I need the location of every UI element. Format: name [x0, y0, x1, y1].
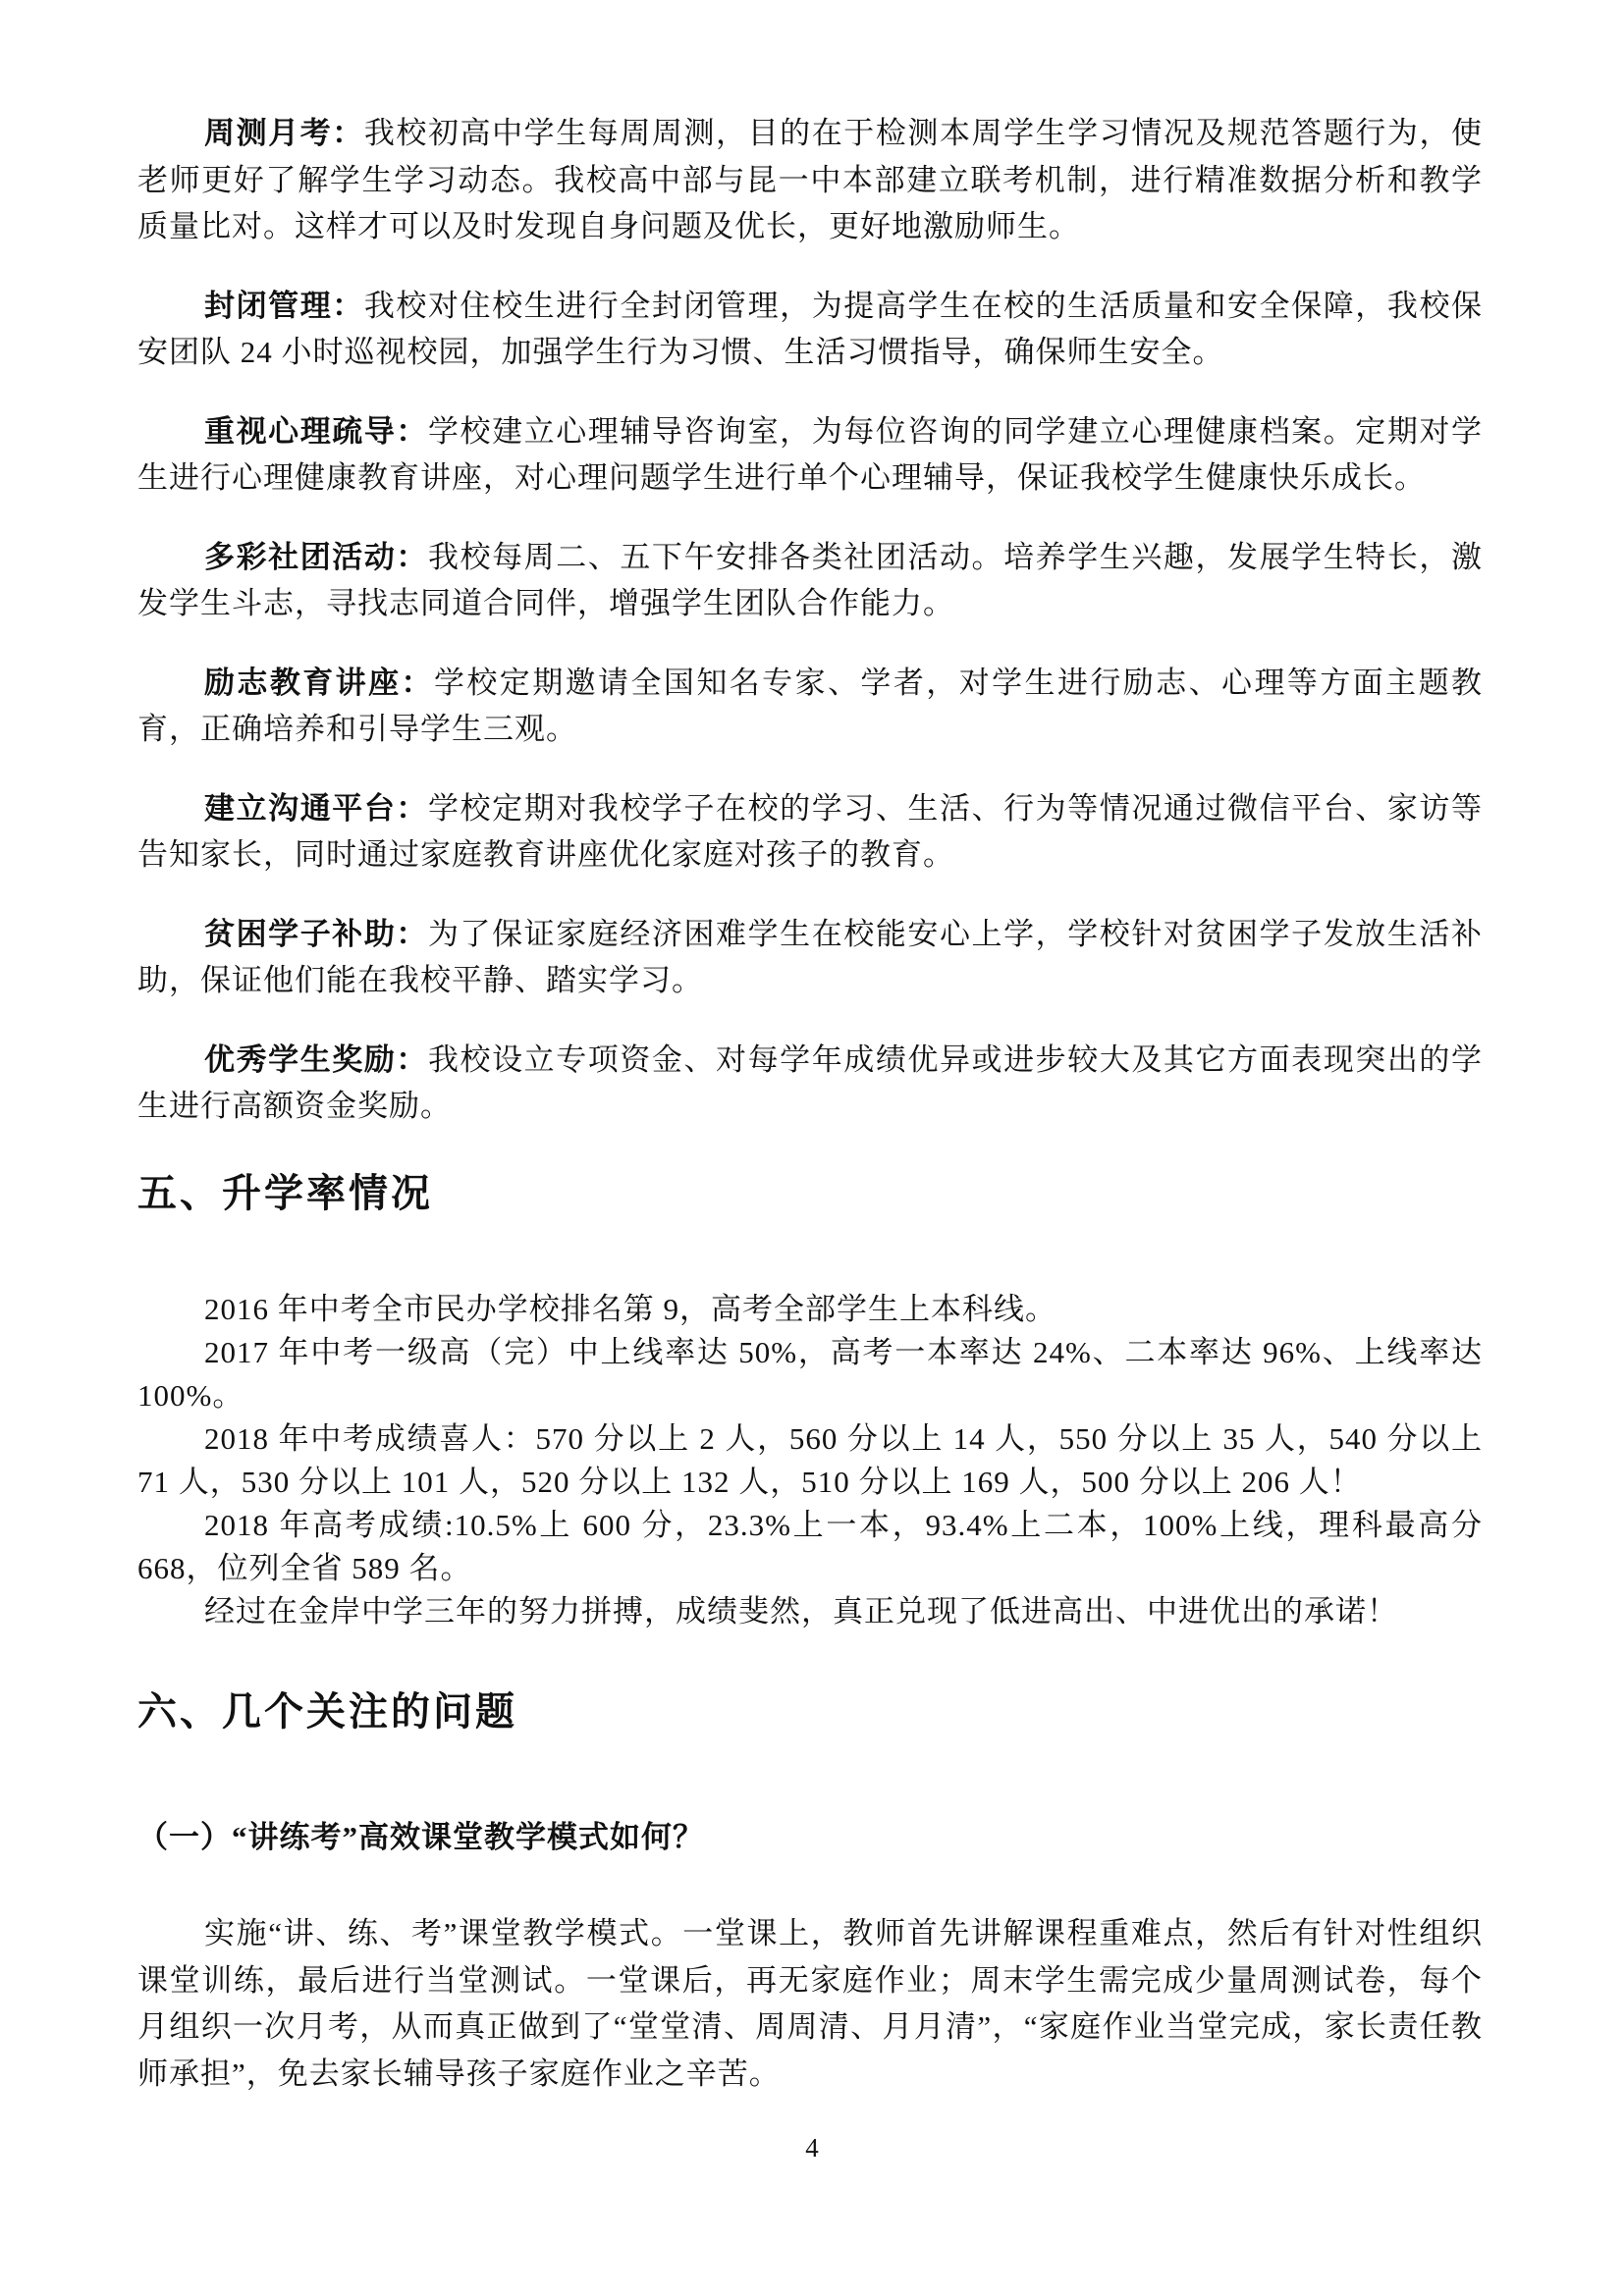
section-6-heading: 六、几个关注的问题	[137, 1684, 1483, 1739]
result-line-summary: 经过在金岸中学三年的努力拼搏，成绩斐然，真正兑现了低进高出、中进优出的承诺！	[137, 1590, 1483, 1633]
result-line-2016: 2016 年中考全市民办学校排名第 9，高考全部学生上本科线。	[137, 1288, 1483, 1331]
result-line-2018-gaokao: 2018 年高考成绩:10.5%上 600 分，23.3%上一本，93.4%上二…	[137, 1504, 1483, 1590]
paragraph-label: 周测月考：	[204, 116, 364, 150]
page-number: 4	[0, 2132, 1624, 2163]
paragraph-psychological-counseling: 重视心理疏导：学校建立心理辅导咨询室，为每位咨询的同学建立心理健康档案。定期对学…	[137, 408, 1483, 502]
paragraph-closed-management: 封闭管理：我校对住校生进行全封闭管理，为提高学生在校的生活质量和安全保障，我校保…	[137, 283, 1483, 376]
section-6-subheading: （一）“讲练考”高效课堂教学模式如何？	[137, 1814, 1483, 1861]
paragraph-inspirational-lectures: 励志教育讲座：学校定期邀请全国知名专家、学者，对学生进行励志、心理等方面主题教育…	[137, 660, 1483, 753]
paragraph-label: 励志教育讲座：	[204, 666, 434, 700]
paragraph-label: 建立沟通平台：	[204, 791, 428, 826]
paragraph-teaching-model: 实施“讲、练、考”课堂教学模式。一堂课上，教师首先讲解课程重难点，然后有针对性组…	[137, 1910, 1483, 2097]
paragraph-label: 封闭管理：	[204, 289, 364, 323]
paragraph-excellent-student-award: 优秀学生奖励：我校设立专项资金、对每学年成绩优异或进步较大及其它方面表现突出的学…	[137, 1037, 1483, 1130]
paragraph-label: 贫困学子补助：	[204, 917, 428, 951]
paragraph-label: 多彩社团活动：	[204, 540, 428, 574]
document-content: 周测月考：我校初高中学生每周周测，目的在于检测本周学生学习情况及规范答题行为，使…	[137, 0, 1483, 2097]
section-5-heading: 五、升学率情况	[137, 1166, 1483, 1221]
result-line-2018-zhongkao: 2018 年中考成绩喜人：570 分以上 2 人，560 分以上 14 人，55…	[137, 1417, 1483, 1504]
paragraph-poor-student-subsidy: 贫困学子补助：为了保证家庭经济困难学生在校能安心上学，学校针对贫困学子发放生活补…	[137, 911, 1483, 1004]
section-5-body: 2016 年中考全市民办学校排名第 9，高考全部学生上本科线。 2017 年中考…	[137, 1288, 1483, 1633]
paragraph-weekly-monthly-test: 周测月考：我校初高中学生每周周测，目的在于检测本周学生学习情况及规范答题行为，使…	[137, 110, 1483, 250]
paragraph-communication-platform: 建立沟通平台：学校定期对我校学子在校的学习、生活、行为等情况通过微信平台、家访等…	[137, 785, 1483, 879]
paragraph-label: 优秀学生奖励：	[204, 1042, 428, 1077]
paragraph-label: 重视心理疏导：	[204, 414, 428, 449]
paragraph-club-activities: 多彩社团活动：我校每周二、五下午安排各类社团活动。培养学生兴趣，发展学生特长，激…	[137, 534, 1483, 627]
document-page: 周测月考：我校初高中学生每周周测，目的在于检测本周学生学习情况及规范答题行为，使…	[0, 0, 1624, 2296]
section-programs: 周测月考：我校初高中学生每周周测，目的在于检测本周学生学习情况及规范答题行为，使…	[137, 110, 1483, 1130]
result-line-2017: 2017 年中考一级高（完）中上线率达 50%，高考一本率达 24%、二本率达 …	[137, 1331, 1483, 1417]
